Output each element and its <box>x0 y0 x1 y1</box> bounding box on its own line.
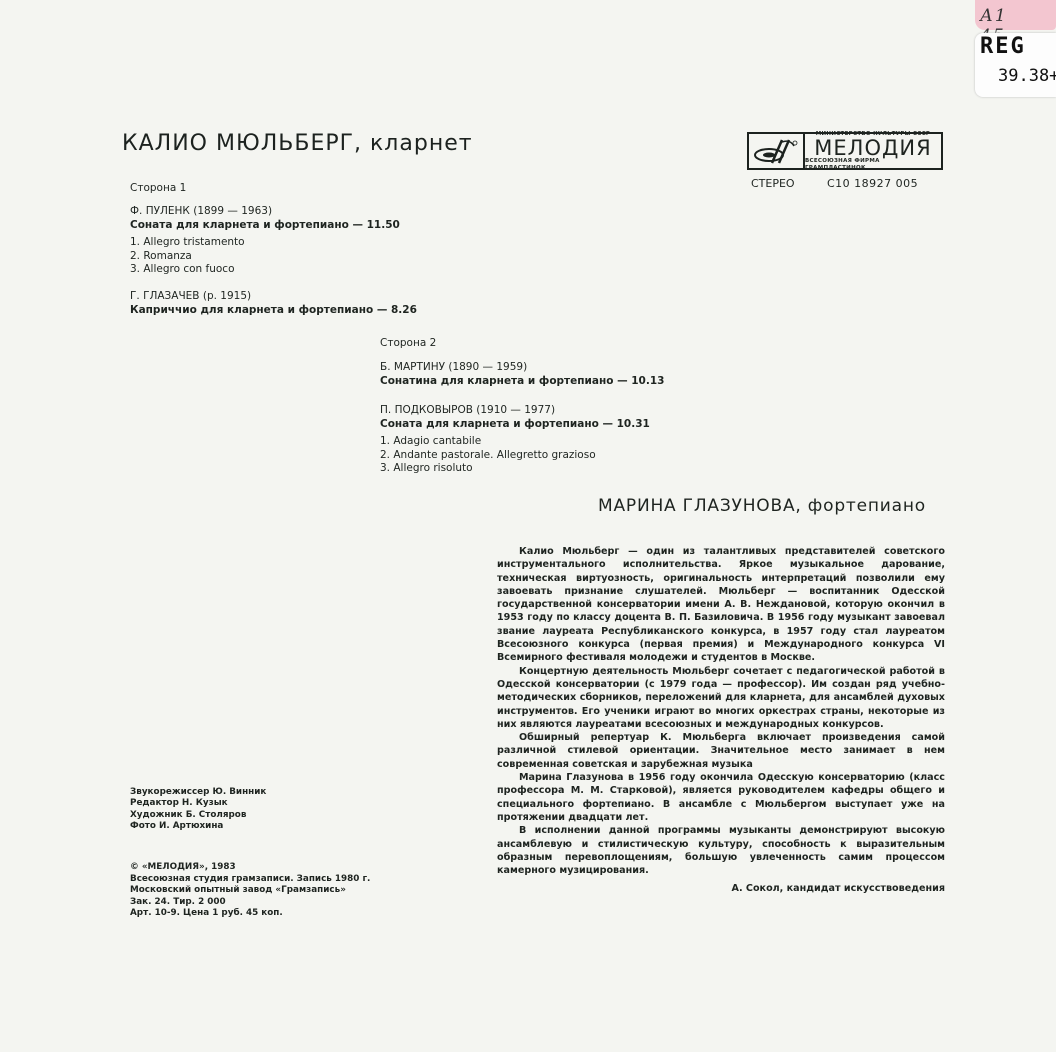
credit-line: Художник Б. Столяров <box>130 810 266 821</box>
movement: 2. Andante pastorale. Allegretto grazios… <box>380 449 596 463</box>
movement: 3. Allegro risoluto <box>380 462 596 476</box>
pianist-name: МАРИНА ГЛАЗУНОВА <box>598 496 795 516</box>
work-title: Соната для кларнета и фортепиано — 10.31 <box>380 418 650 432</box>
side1-work-1-movements: 1. Allegro tristamento 2. Romanza 3. All… <box>130 236 245 277</box>
brand-name: МЕЛОДИЯ <box>814 138 931 158</box>
publisher-line: Арт. 10-9. Цена 1 руб. 45 коп. <box>130 908 370 920</box>
credit-line: Редактор Н. Кузык <box>130 798 266 809</box>
publisher-line: Московский опытный завод «Грамзапись» <box>130 885 370 897</box>
essay-signature: А. Сокол, кандидат искусствоведения <box>497 882 945 895</box>
production-credits: Звукорежиссер Ю. Винник Редактор Н. Кузы… <box>130 787 266 832</box>
side2-work-1: Б. МАРТИНУ (1890 — 1959) Сонатина для кл… <box>380 361 664 388</box>
reg-number: 39.38+ <box>998 66 1056 86</box>
work-title: Соната для кларнета и фортепиано — 11.50 <box>130 219 400 233</box>
side1-work-2: Г. ГЛАЗАЧЕВ (р. 1915) Каприччио для клар… <box>130 290 417 317</box>
composer: Б. МАРТИНУ (1890 — 1959) <box>380 361 664 375</box>
work-title: Каприччио для кларнета и фортепиано — 8.… <box>130 304 417 318</box>
publisher-line: © «МЕЛОДИЯ», 1983 <box>130 862 370 874</box>
pianist-instrument: , фортепиано <box>795 496 926 516</box>
catalog-number: С10 18927 005 <box>827 177 918 190</box>
melodiya-logo: МИНИСТЕРСТВО КУЛЬТУРЫ СССР МЕЛОДИЯ ВСЕСО… <box>747 132 943 170</box>
format-label: СТЕРЕО <box>751 177 795 190</box>
reg-label: REG <box>980 34 1026 59</box>
movement: 1. Adagio cantabile <box>380 435 596 449</box>
side2-work-2: П. ПОДКОВЫРОВ (1910 — 1977) Соната для к… <box>380 404 650 431</box>
composer: Г. ГЛАЗАЧЕВ (р. 1915) <box>130 290 417 304</box>
credit-line: Звукорежиссер Ю. Винник <box>130 787 266 798</box>
movement: 3. Allegro con fuoco <box>130 263 245 277</box>
movement: 1. Allegro tristamento <box>130 236 245 250</box>
credit-line: Фото И. Артюхина <box>130 821 266 832</box>
handwritten-code: А1 <box>980 6 1008 26</box>
essay-paragraph: Калио Мюльберг — один из талантливых пре… <box>497 545 945 665</box>
publisher-line: Всесоюзная студия грамзаписи. Запись 198… <box>130 874 370 886</box>
side2-heading: Сторона 2 <box>380 337 436 349</box>
side1-work-1: Ф. ПУЛЕНК (1899 — 1963) Соната для кларн… <box>130 205 400 232</box>
liner-notes: Калио Мюльберг — один из талантливых пре… <box>497 545 945 896</box>
melodiya-logo-icon <box>749 134 805 168</box>
side2-work-2-movements: 1. Adagio cantabile 2. Andante pastorale… <box>380 435 596 476</box>
pianist-credit: МАРИНА ГЛАЗУНОВА, фортепиано <box>598 496 926 516</box>
essay-paragraph: Марина Глазунова в 1956 году окончила Од… <box>497 771 945 824</box>
work-title: Сонатина для кларнета и фортепиано — 10.… <box>380 375 664 389</box>
composer: Ф. ПУЛЕНК (1899 — 1963) <box>130 205 400 219</box>
performer-instrument: , кларнет <box>354 131 473 156</box>
movement: 2. Romanza <box>130 250 245 264</box>
side1-heading: Сторона 1 <box>130 182 186 194</box>
essay-paragraph: В исполнении данной программы музыканты … <box>497 824 945 877</box>
composer: П. ПОДКОВЫРОВ (1910 — 1977) <box>380 404 650 418</box>
album-title: КАЛИО МЮЛЬБЕРГ, кларнет <box>122 131 473 156</box>
company-text: ВСЕСОЮЗНАЯ ФИРМА ГРАМПЛАСТИНОК <box>805 158 941 172</box>
performer-name: КАЛИО МЮЛЬБЕРГ <box>122 131 354 156</box>
publisher-line: Зак. 24. Тир. 2 000 <box>130 897 370 909</box>
publisher-info: © «МЕЛОДИЯ», 1983 Всесоюзная студия грам… <box>130 862 370 920</box>
essay-paragraph: Концертную деятельность Мюльберг сочетае… <box>497 665 945 731</box>
essay-paragraph: Обширный репертуар К. Мюльберга включает… <box>497 731 945 771</box>
